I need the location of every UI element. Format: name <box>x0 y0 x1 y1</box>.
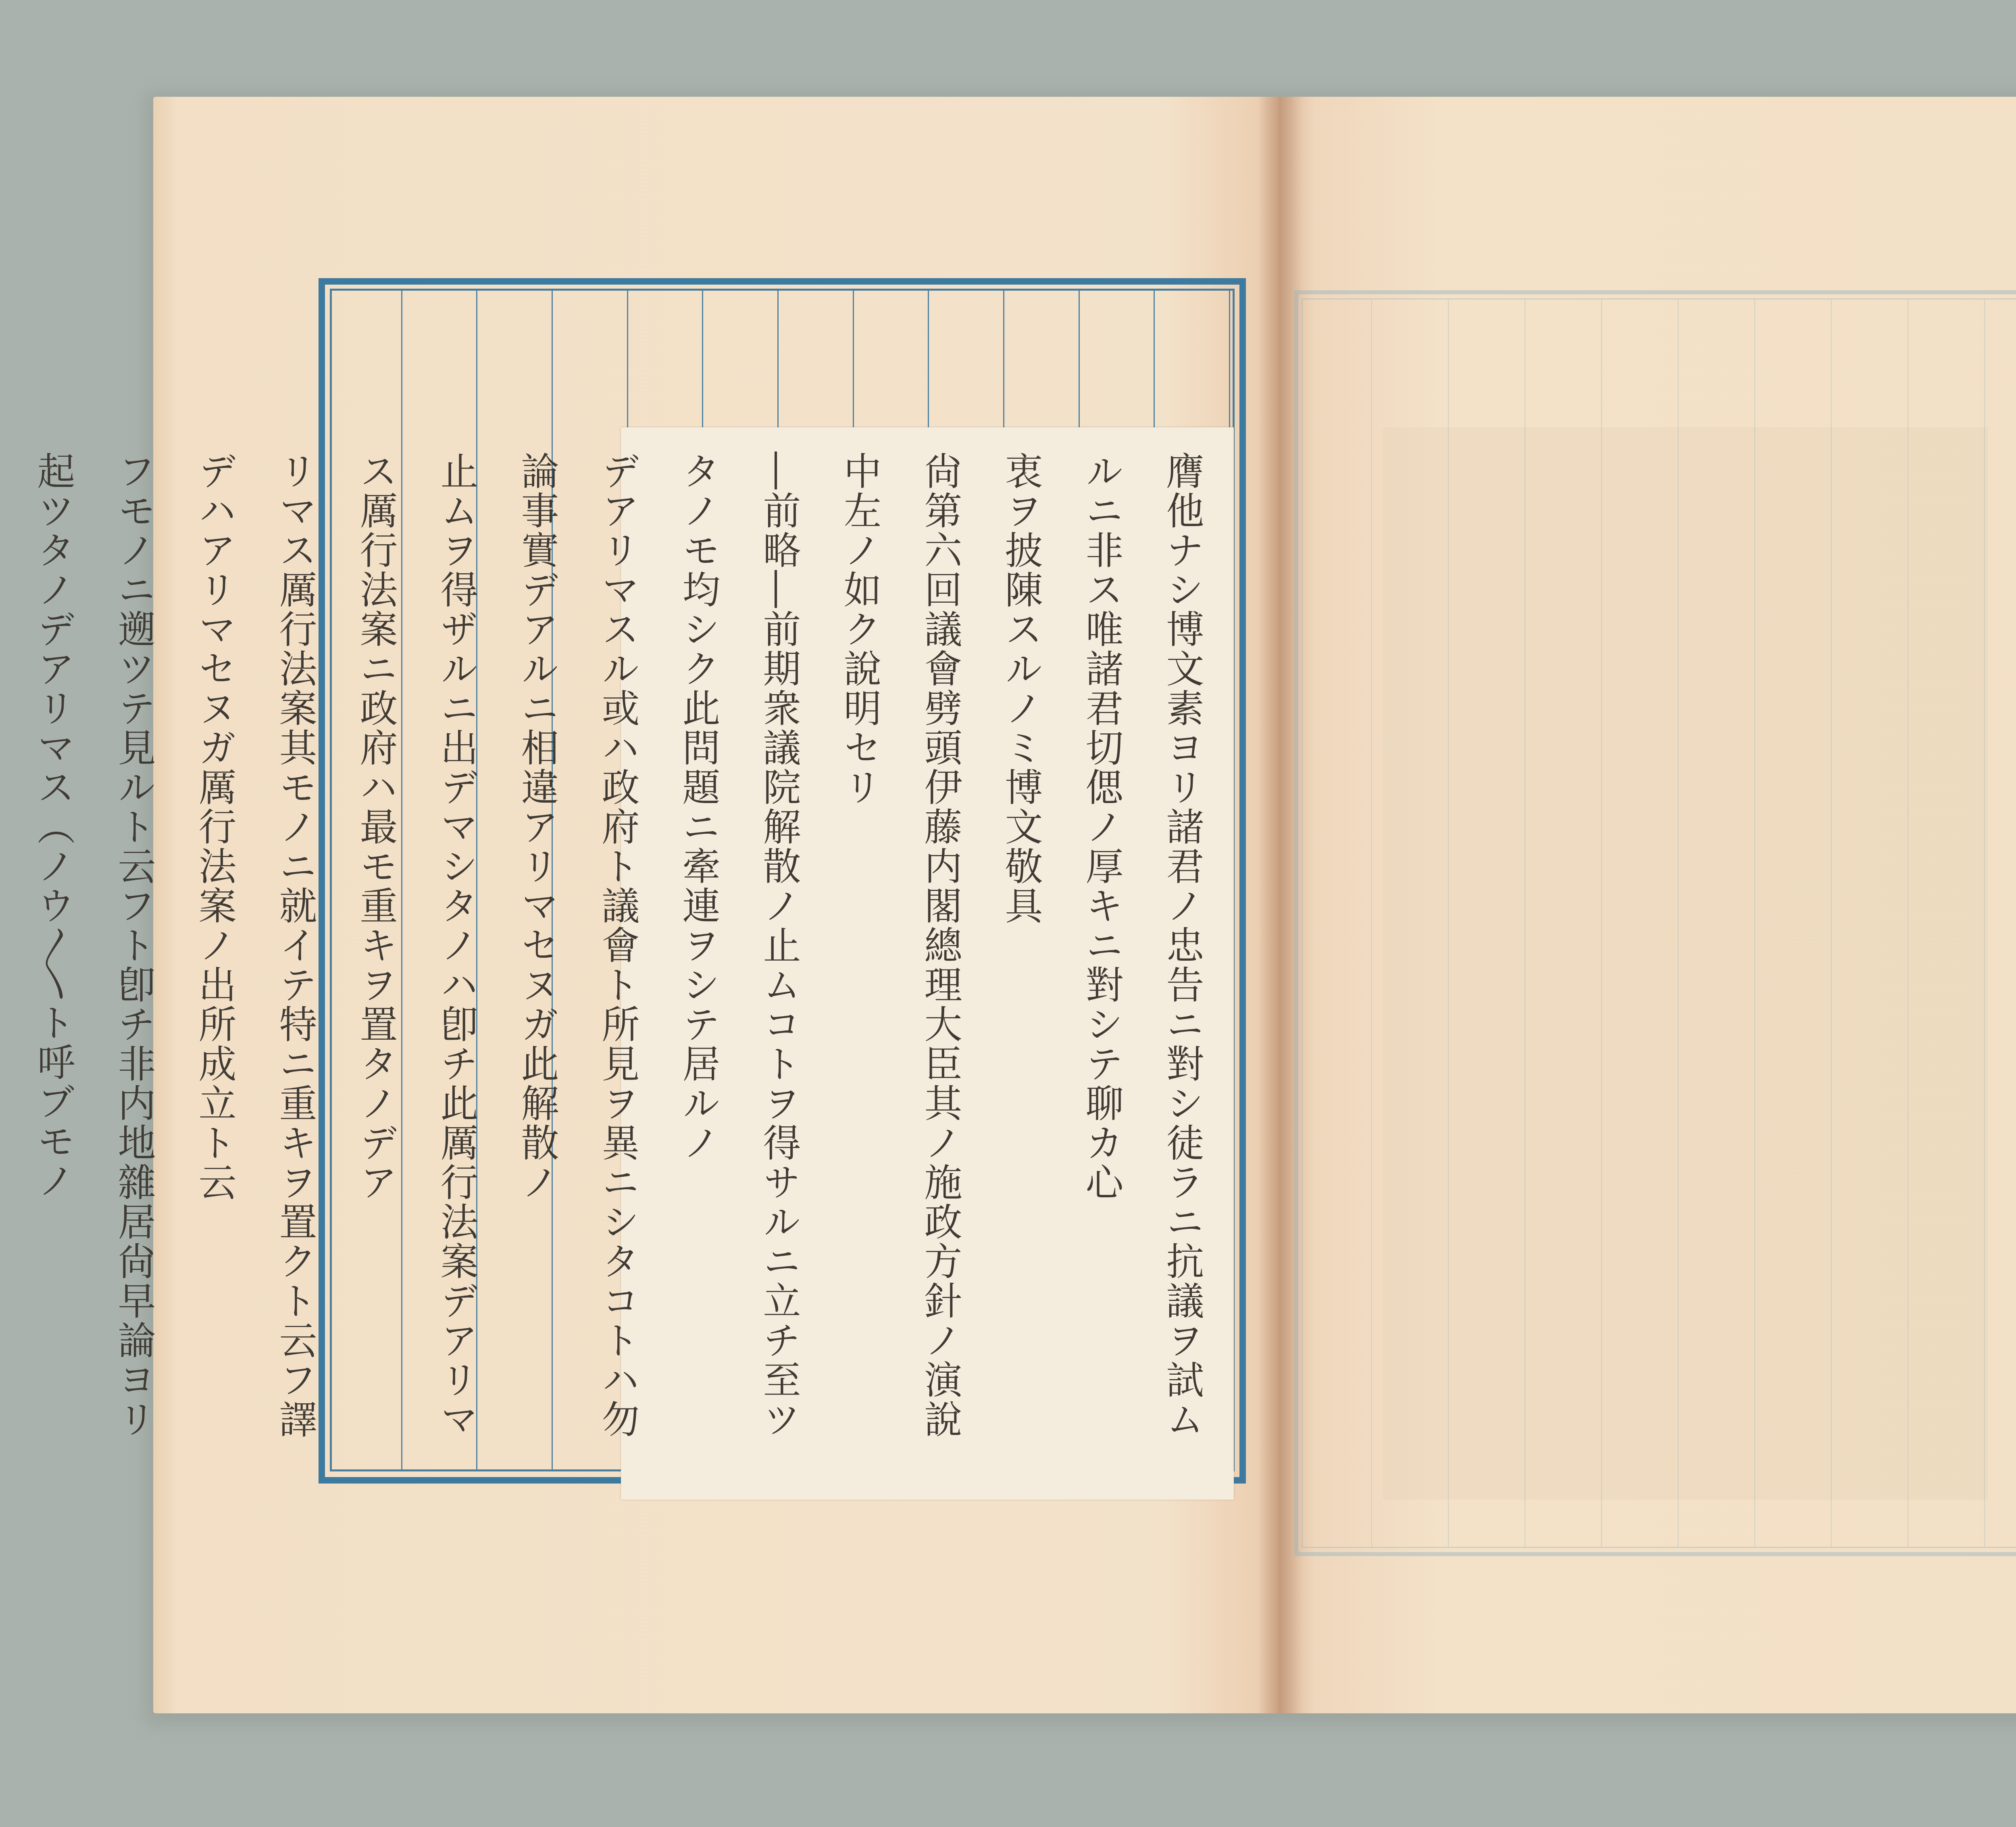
ruled-line <box>1831 300 1832 1547</box>
ruled-line <box>1908 300 1908 1547</box>
text-column-3: 尙第六回議會劈頭伊藤内閣總理大臣其ノ施政方針ノ演說中左ノ如ク說明セリ <box>818 452 980 1467</box>
text-column-7: リマス厲行法案其モノニ就イテ特ニ重キヲ置クト云フ譯デハアリマセヌガ厲行法案ノ出所… <box>173 452 335 1467</box>
ruled-line <box>1984 300 1985 1547</box>
ruled-line <box>1754 300 1755 1547</box>
text-column-5: デアリマスル或ハ政府ト議會ト所見ヲ異ニシタコトハ勿論事實デアルニ相違アリマセヌガ… <box>496 452 657 1467</box>
ruled-line <box>1448 300 1449 1547</box>
pasted-clipping: 膺他ナシ博文素ヨリ諸君ノ忠告ニ對シ徒ラニ抗議ヲ試ムルニ非ス唯諸君切偲ノ厚キニ對シ… <box>621 427 1234 1500</box>
text-column-1: 膺他ナシ博文素ヨリ諸君ノ忠告ニ對シ徒ラニ抗議ヲ試ムルニ非ス唯諸君切偲ノ厚キニ對シ… <box>1060 452 1222 1467</box>
text-column-4: ―前略―前期衆議院解散ノ止ムコトヲ得サルニ立チ至ツタノモ均シク此問題ニ牽連ヲシテ… <box>657 452 818 1467</box>
text-column-9: アリ）一變シテ以テ厲行法案ト相成ツタノデアリマス（ノウ〳〵ト呼フモノアリ）其一言… <box>0 452 12 1467</box>
ruled-line <box>1601 300 1602 1547</box>
ruled-line <box>1678 300 1679 1547</box>
right-page-frame <box>1294 290 2016 1556</box>
clipping-text: 膺他ナシ博文素ヨリ諸君ノ忠告ニ對シ徒ラニ抗議ヲ試ムルニ非ス唯諸君切偲ノ厚キニ對シ… <box>0 452 1222 1467</box>
text-column-2: 衷ヲ披陳スルノミ博文敬具 <box>980 452 1060 1467</box>
ruled-line <box>1371 300 1372 1547</box>
text-column-6: 止ムヲ得ザルニ出デマシタノハ卽チ此厲行法案デアリマス厲行法案ニ政府ハ最モ重キヲ置… <box>335 452 496 1467</box>
ruled-line <box>1524 300 1525 1547</box>
right-page-frame-inner <box>1302 298 2016 1548</box>
text-column-8: フモノニ遡ツテ見ルト云フト卽チ非内地雜居尙早論ヨリ起ツタノデアリマス（ノウ〳〵ト… <box>12 452 173 1467</box>
